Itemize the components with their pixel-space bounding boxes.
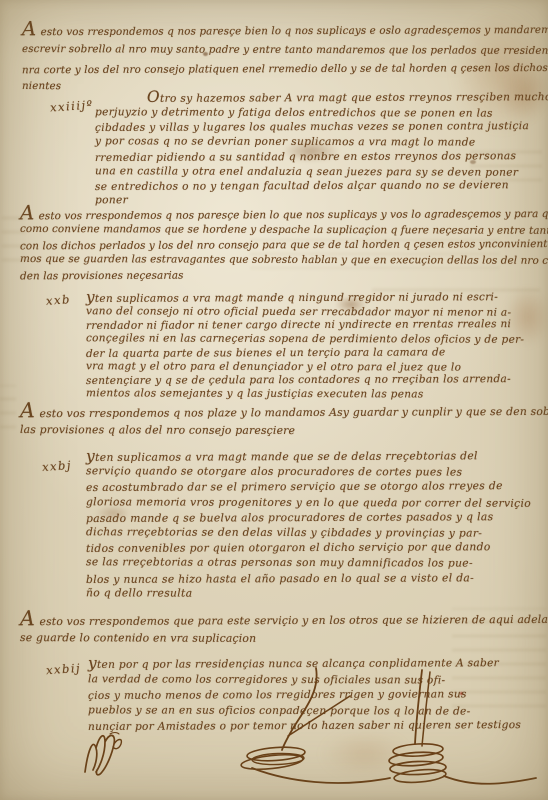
petition-paragraph-26: yten suplicamos a vra magt mande que se … <box>86 449 531 601</box>
petition-paragraph-25: yten suplicamos a vra magt mande q ningu… <box>86 292 524 402</box>
manuscript-line: rremediar pidiendo a su santidad q nonbr… <box>95 149 548 166</box>
manuscript-line: es acostumbrado dar se el primero serviç… <box>86 478 531 495</box>
rubric-flourish-right <box>378 668 543 800</box>
manuscript-line: A esto vos rrespondemos q nos paresçe bi… <box>22 21 548 42</box>
manuscript-line: se las rreçebtorias a otras personas son… <box>86 555 531 572</box>
manuscript-page: xxiiijº xxb xxbj xxbij A esto vos rrespo… <box>0 0 548 800</box>
margin-item-number-27: xxbij <box>46 661 82 677</box>
manuscript-line: A esto vos rrespondemos que para este se… <box>20 611 548 631</box>
manuscript-line: gloriosa memoria vros progenitores y en … <box>86 494 531 511</box>
margin-item-number-26: xxbj <box>42 458 73 474</box>
manuscript-line: pasado mande q se buelva alos procurador… <box>86 509 531 526</box>
manuscript-line: blos y nunca se hizo hasta el año pasado… <box>86 570 531 587</box>
manuscript-line: Otro sy hazemos saber A vra magt que est… <box>147 90 548 106</box>
manuscript-line: ño q dello rresulta <box>86 585 531 602</box>
petition-paragraph-24: Otro sy hazemos saber A vra magt que est… <box>95 91 548 209</box>
response-paragraph-4: A esto vos rrespondemos que para este se… <box>20 612 548 647</box>
manuscript-line: mientos alos semejantes y q las justiçia… <box>86 387 524 402</box>
response-paragraph-2: A esto vos rrespondemos q nos paresçe bi… <box>20 207 548 283</box>
manuscript-line: se entredichos o no y tengan facultad de… <box>95 178 548 195</box>
margin-item-number-25: xxb <box>46 292 72 308</box>
manuscript-line: den las provisiones neçesarias <box>20 267 548 285</box>
manuscript-line: yten suplicamos a vra magt mande q ningu… <box>86 291 524 307</box>
rubric-flourish-left <box>228 666 403 800</box>
showthrough-region <box>0 385 16 437</box>
manuscript-line: y por cosas q no se devrian poner suplic… <box>95 134 548 150</box>
manuscript-line: se guarde lo contenido en vra suplicaçio… <box>20 629 548 648</box>
manuscript-line: der la quarta parte de sus bienes el un … <box>86 346 524 362</box>
response-paragraph-1: A esto vos rrespondemos q nos paresçe bi… <box>22 22 548 97</box>
manuscript-line: las provisiones q alos del nro consejo p… <box>20 421 548 441</box>
manuscript-line: A esto vos rrespondemos q nos plaze y lo… <box>20 403 548 423</box>
manuscript-line: conçegiles ni en las carneçerias sopena … <box>86 332 524 347</box>
response-paragraph-3: A esto vos rrespondemos q nos plaze y lo… <box>20 404 548 440</box>
margin-item-number-24: xxiiijº <box>50 98 94 115</box>
manuscript-line: escrevir sobrello al nro muy santo padre… <box>22 40 548 61</box>
notary-monogram <box>80 728 132 786</box>
